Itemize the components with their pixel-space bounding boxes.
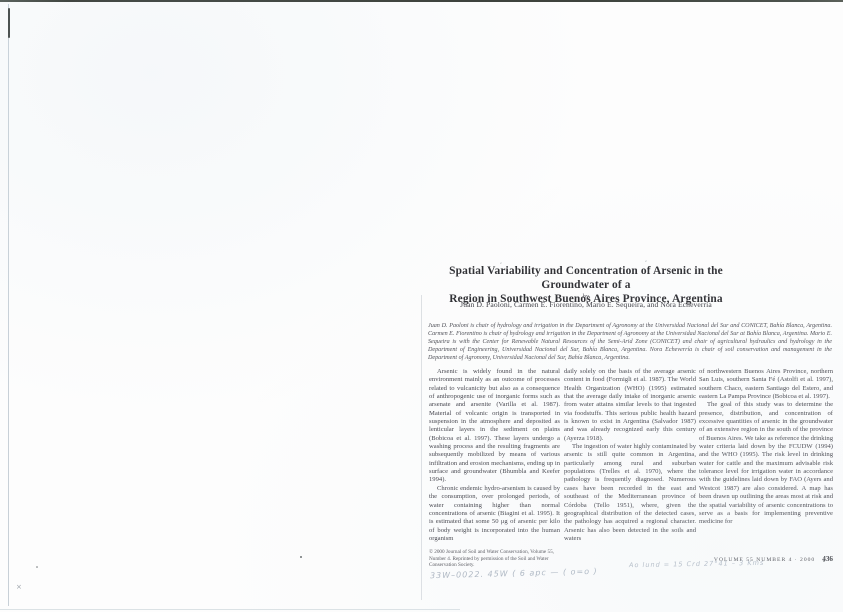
scanned-paper-page: ’ ’ × Spatial Variability and Concentrat… [0,0,843,612]
author-affiliation: Juan D. Paoloni is chair of hydrology an… [428,322,832,362]
pencil-x-mark: × [16,583,22,591]
page-number: 436 [822,555,833,563]
paragraph: The goal of this study was to determine … [699,401,833,526]
scan-speck [36,566,38,568]
paragraph: The ingestion of water highly contaminat… [564,443,696,543]
scan-speck [300,556,302,558]
paragraph: Chronic endemic hydro-arsenism is caused… [429,485,560,543]
paragraph: Arsenic is widely found in the natural e… [429,368,560,485]
body-column-3: of northwestern Buenos Aires Province, n… [699,368,833,527]
copyright-notice: © 2000 Journal of Soil and Water Conserv… [429,549,569,569]
article-title-line1: Spatial Variability and Concentration of… [420,265,752,293]
scan-left-edge [8,4,9,606]
volume-issue-label: VOLUME 55 NUMBER 4 · 2000 [714,557,815,563]
body-column-2: daily solely on the basis of the average… [564,368,696,543]
paragraph: daily solely on the basis of the average… [564,368,696,443]
paragraph: of northwestern Buenos Aires Province, n… [699,368,833,401]
scan-top-edge [0,0,843,2]
handwritten-note-left: 33W–0022. 45W ( 6 apc — ( o=o ) [430,567,598,580]
journal-footer: VOLUME 55 NUMBER 4 · 2000436 [688,548,833,566]
authors-line: Juan D. Paoloni, Carmen E. Fiorentino, M… [420,300,752,309]
scan-corner-mark [8,8,10,38]
byline-by: by [420,293,752,300]
scan-bottom-edge [0,609,460,610]
body-column-1: Arsenic is widely found in the natural e… [429,368,560,543]
page-fold-line [421,295,422,600]
